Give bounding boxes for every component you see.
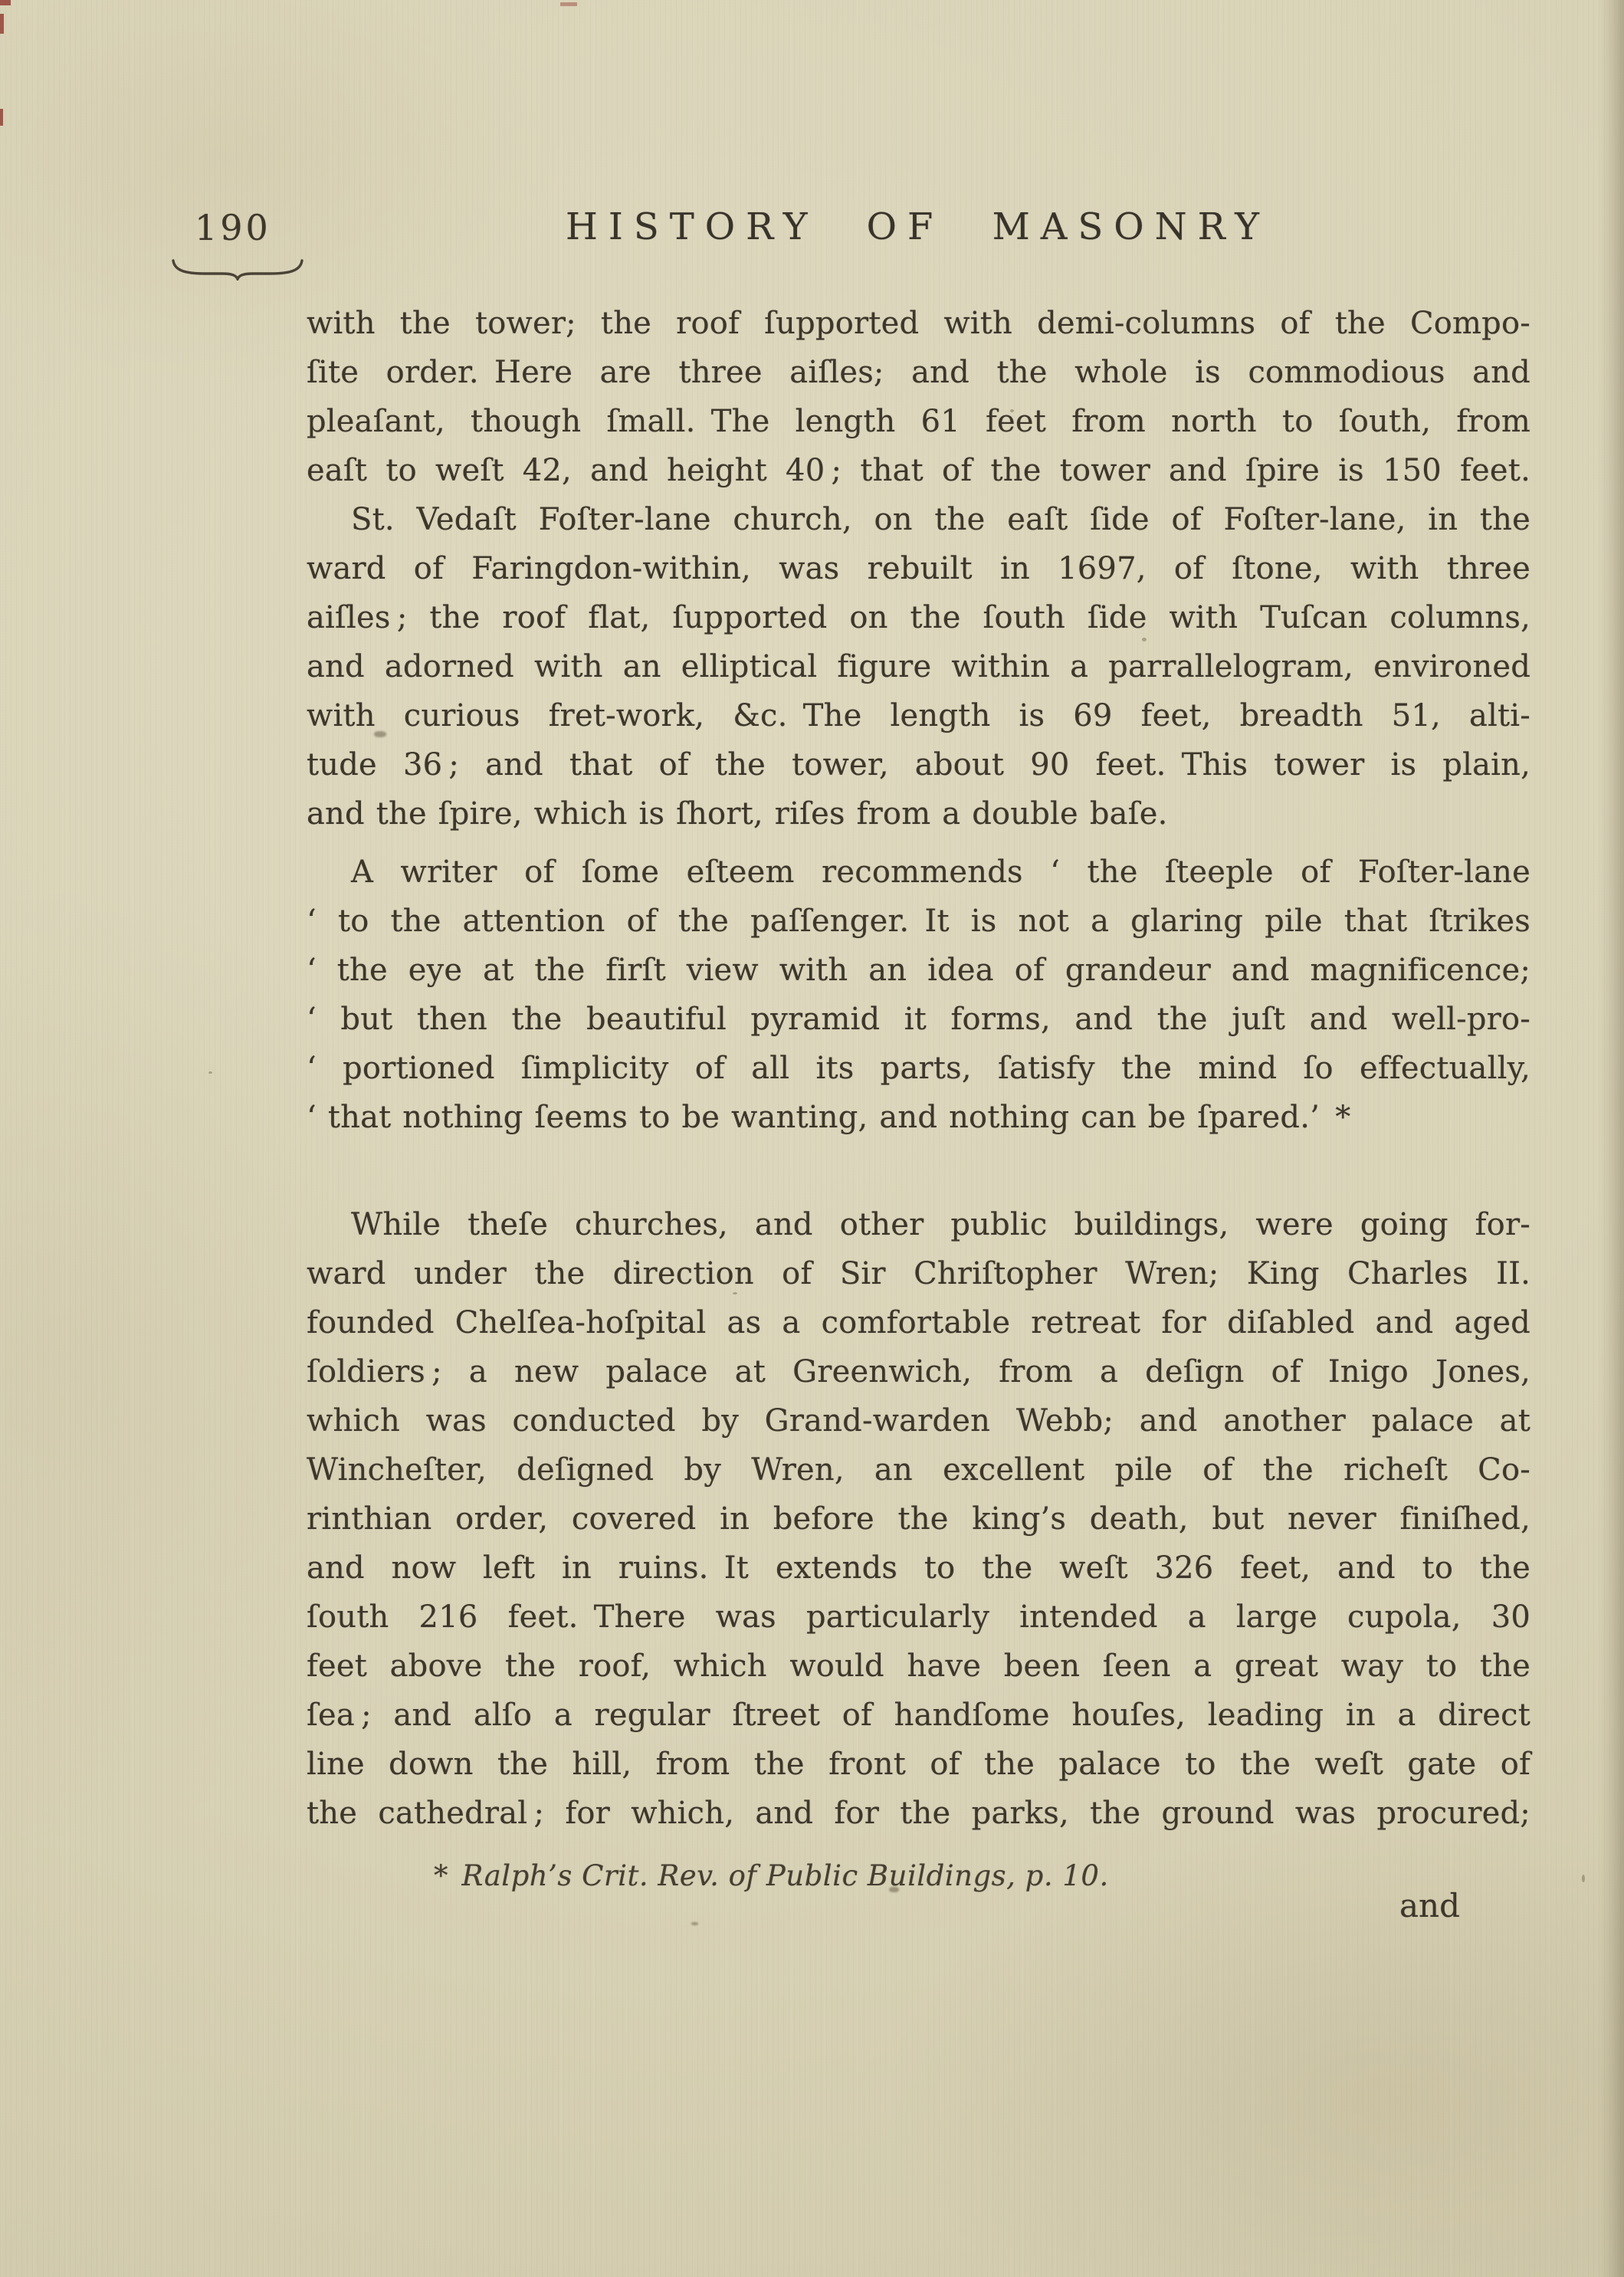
- text-line: ſouth 216 feet. There was particularly i…: [307, 1593, 1530, 1642]
- text-line: ward of Faringdon-within, was rebuilt in…: [307, 544, 1530, 593]
- catchword: and: [1399, 1890, 1460, 1922]
- text-line: tude 36 ; and that of the tower, about 9…: [307, 740, 1530, 789]
- binding-red-mark: [560, 2, 577, 6]
- paragraph: St. Vedaſt Foſter-lane church, on the ea…: [307, 495, 1530, 838]
- paragraph: A writer of ſome eſteem recommends ‘ the…: [307, 848, 1530, 1142]
- text-line: rinthian order, covered in before the ki…: [307, 1494, 1530, 1544]
- text-line: A writer of ſome eſteem recommends ‘ the…: [307, 848, 1530, 897]
- binding-red-mark: [0, 109, 3, 126]
- text-line: the cathedral ; for which, and for the p…: [307, 1789, 1530, 1838]
- text-line: pleaſant, though ſmall. The length 61 fe…: [307, 397, 1530, 446]
- text-line: ſea ; and alſo a regular ſtreet of handſ…: [307, 1691, 1530, 1740]
- footnote-marker: *: [434, 1859, 448, 1892]
- text-line: ſite order. Here are three aiſles; and t…: [307, 348, 1530, 397]
- text-line: with curious fret-work, &c. The length i…: [307, 691, 1530, 740]
- text-line: ſoldiers ; a new palace at Greenwich, fr…: [307, 1347, 1530, 1396]
- text-line: which was conducted by Grand-warden Webb…: [307, 1396, 1530, 1445]
- ink-smudge: [691, 1922, 698, 1925]
- footnote-text: Ralph’s Crit. Rev. of Public Buildings, …: [462, 1859, 1109, 1892]
- paragraph: with the tower; the roof ſupported with …: [307, 299, 1530, 495]
- text-line: aiſles ; the roof flat, ſupported on the…: [307, 593, 1530, 642]
- text-line: line down the hill, from the front of th…: [307, 1740, 1530, 1789]
- text-line: ‘ that nothing ſeems to be wanting, and …: [307, 1093, 1530, 1142]
- binding-red-mark: [0, 14, 4, 34]
- text-line: with the tower; the roof ſupported with …: [307, 299, 1530, 348]
- text-line: and now left in ruins. It extends to the…: [307, 1544, 1530, 1593]
- text-line: founded Chelſea-hoſpital as a comfortabl…: [307, 1298, 1530, 1347]
- text-line: Wincheſter, deſigned by Wren, an excelle…: [307, 1445, 1530, 1494]
- text-line: St. Vedaſt Foſter-lane church, on the ea…: [307, 495, 1530, 544]
- running-header: HISTORY OF MASONRY: [307, 205, 1529, 250]
- paragraph: While theſe churches, and other public b…: [307, 1200, 1530, 1838]
- body-text: with the tower; the roof ſupported with …: [307, 299, 1530, 1838]
- footnote: *Ralph’s Crit. Rev. of Public Buildings,…: [434, 1859, 1109, 1893]
- text-line: and the ſpire, which is ſhort, riſes fro…: [307, 789, 1530, 838]
- text-line: ward under the direction of Sir Chriſtop…: [307, 1249, 1530, 1298]
- text-line: eaſt to weſt 42, and height 40 ; that of…: [307, 446, 1530, 495]
- page-number: 190: [195, 210, 271, 245]
- page-number-brace: [169, 256, 307, 281]
- book-page: 190 HISTORY OF MASONRY with the tower; t…: [0, 0, 1624, 2277]
- text-line: ‘ to the attention of the paſſenger. It …: [307, 897, 1530, 946]
- text-line: ‘ portioned ſimplicity of all its parts,…: [307, 1044, 1530, 1093]
- paper-speck: [1582, 1875, 1585, 1882]
- text-line: While theſe churches, and other public b…: [307, 1200, 1530, 1249]
- text-line: and adorned with an elliptical figure wi…: [307, 642, 1530, 691]
- text-line: ‘ the eye at the firſt view with an idea…: [307, 946, 1530, 995]
- text-line: ‘ but then the beautiful pyramid it form…: [307, 995, 1530, 1044]
- text-line: feet above the roof, which would have be…: [307, 1642, 1530, 1691]
- paper-speck: [208, 1071, 212, 1074]
- binding-red-mark: [0, 0, 11, 5]
